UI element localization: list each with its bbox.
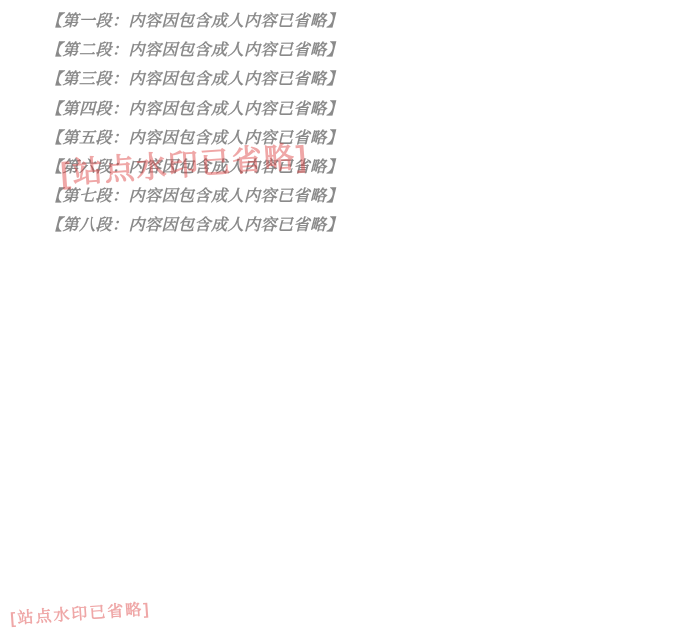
paragraph: 【第一段：内容因包含成人内容已省略】 xyxy=(14,8,686,35)
paragraph: 【第六段：内容因包含成人内容已省略】 xyxy=(14,154,686,181)
document-page: 【第一段：内容因包含成人内容已省略】 【第二段：内容因包含成人内容已省略】 【第… xyxy=(0,0,700,630)
paragraph: 【第八段：内容因包含成人内容已省略】 xyxy=(14,212,686,239)
story-text-block: 【第一段：内容因包含成人内容已省略】 【第二段：内容因包含成人内容已省略】 【第… xyxy=(14,8,686,240)
paragraph: 【第二段：内容因包含成人内容已省略】 xyxy=(14,37,686,64)
paragraph: 【第七段：内容因包含成人内容已省略】 xyxy=(14,183,686,210)
paragraph: 【第五段：内容因包含成人内容已省略】 xyxy=(14,125,686,152)
site-watermark-footer: [站点水印已省略] xyxy=(9,596,151,629)
paragraph: 【第三段：内容因包含成人内容已省略】 xyxy=(14,66,686,93)
paragraph: 【第四段：内容因包含成人内容已省略】 xyxy=(14,96,686,123)
